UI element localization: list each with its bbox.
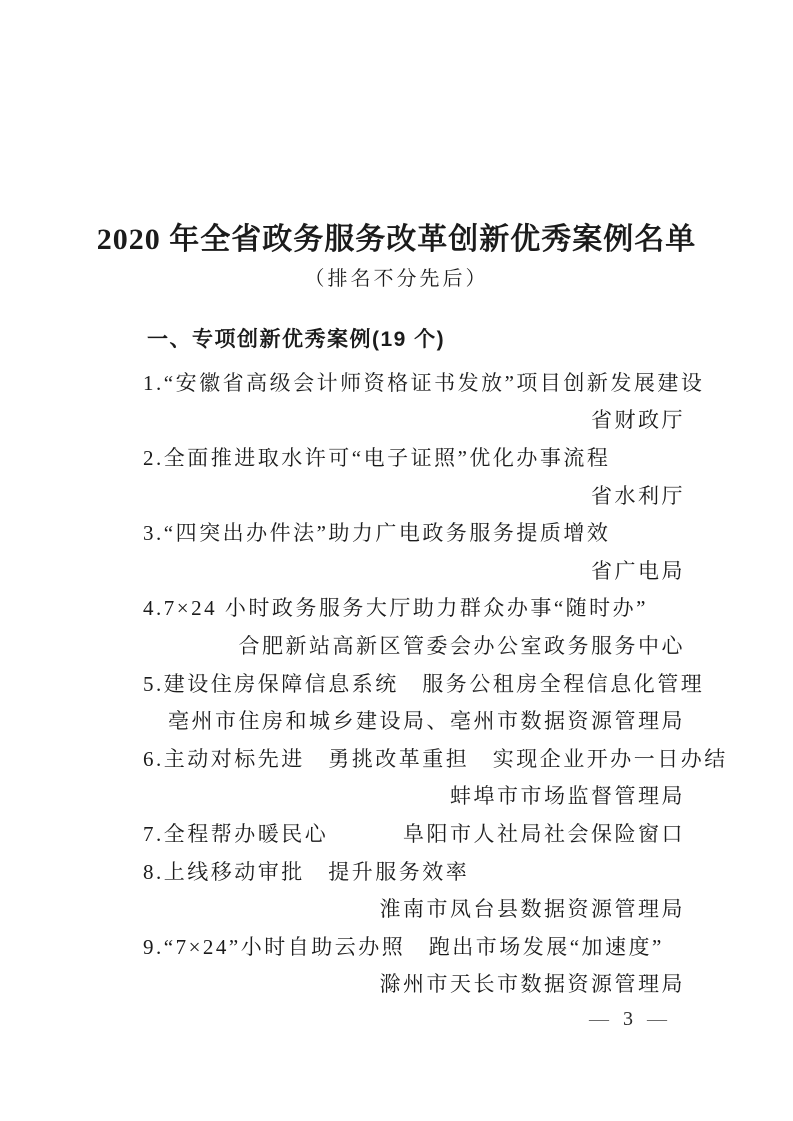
case-title: 1.“安徽省高级会计师资格证书发放”项目创新发展建设	[110, 363, 685, 401]
page-number-dash-right: —	[647, 1008, 667, 1031]
case-title: 7.全程帮办暖民心	[143, 818, 328, 848]
case-org: 亳州市住房和城乡建设局、亳州市数据资源管理局	[110, 701, 685, 739]
case-org: 省水利厅	[110, 476, 685, 514]
case-org: 阜阳市人社局社会保险窗口	[403, 818, 685, 848]
case-org: 省财政厅	[110, 401, 685, 439]
case-title: 2.全面推进取水许可“电子证照”优化办事流程	[110, 438, 685, 476]
case-title: 8.上线移动审批 提升服务效率	[110, 852, 685, 890]
section-heading: 一、专项创新优秀案例(19 个)	[147, 327, 445, 353]
page-number-dash-left: —	[589, 1008, 609, 1031]
case-list: 1.“安徽省高级会计师资格证书发放”项目创新发展建设 省财政厅 2.全面推进取水…	[110, 363, 685, 1002]
page-number: — 3 —	[589, 1008, 667, 1031]
case-title: 4.7×24 小时政务服务大厅助力群众办事“随时办”	[110, 589, 685, 627]
case-org: 淮南市凤台县数据资源管理局	[110, 889, 685, 927]
case-org: 蚌埠市市场监督管理局	[110, 777, 685, 815]
case-row-inline: 7.全程帮办暖民心 阜阳市人社局社会保险窗口	[110, 814, 685, 852]
page-title: 2020 年全省政务服务改革创新优秀案例名单	[0, 221, 793, 258]
case-title: 9.“7×24”小时自助云办照 跑出市场发展“加速度”	[110, 927, 685, 965]
page-subtitle: （排名不分先后）	[0, 266, 793, 293]
case-title: 3.“四突出办件法”助力广电政务服务提质增效	[110, 513, 685, 551]
case-org: 合肥新站高新区管委会办公室政务服务中心	[110, 626, 685, 664]
case-title: 5.建设住房保障信息系统 服务公租房全程信息化管理	[110, 664, 685, 702]
case-org: 省广电局	[110, 551, 685, 589]
page-number-value: 3	[623, 1008, 633, 1031]
document-page: 2020 年全省政务服务改革创新优秀案例名单 （排名不分先后） 一、专项创新优秀…	[0, 0, 793, 1121]
case-title: 6.主动对标先进 勇挑改革重担 实现企业开办一日办结	[110, 739, 685, 777]
case-org: 滁州市天长市数据资源管理局	[110, 965, 685, 1003]
